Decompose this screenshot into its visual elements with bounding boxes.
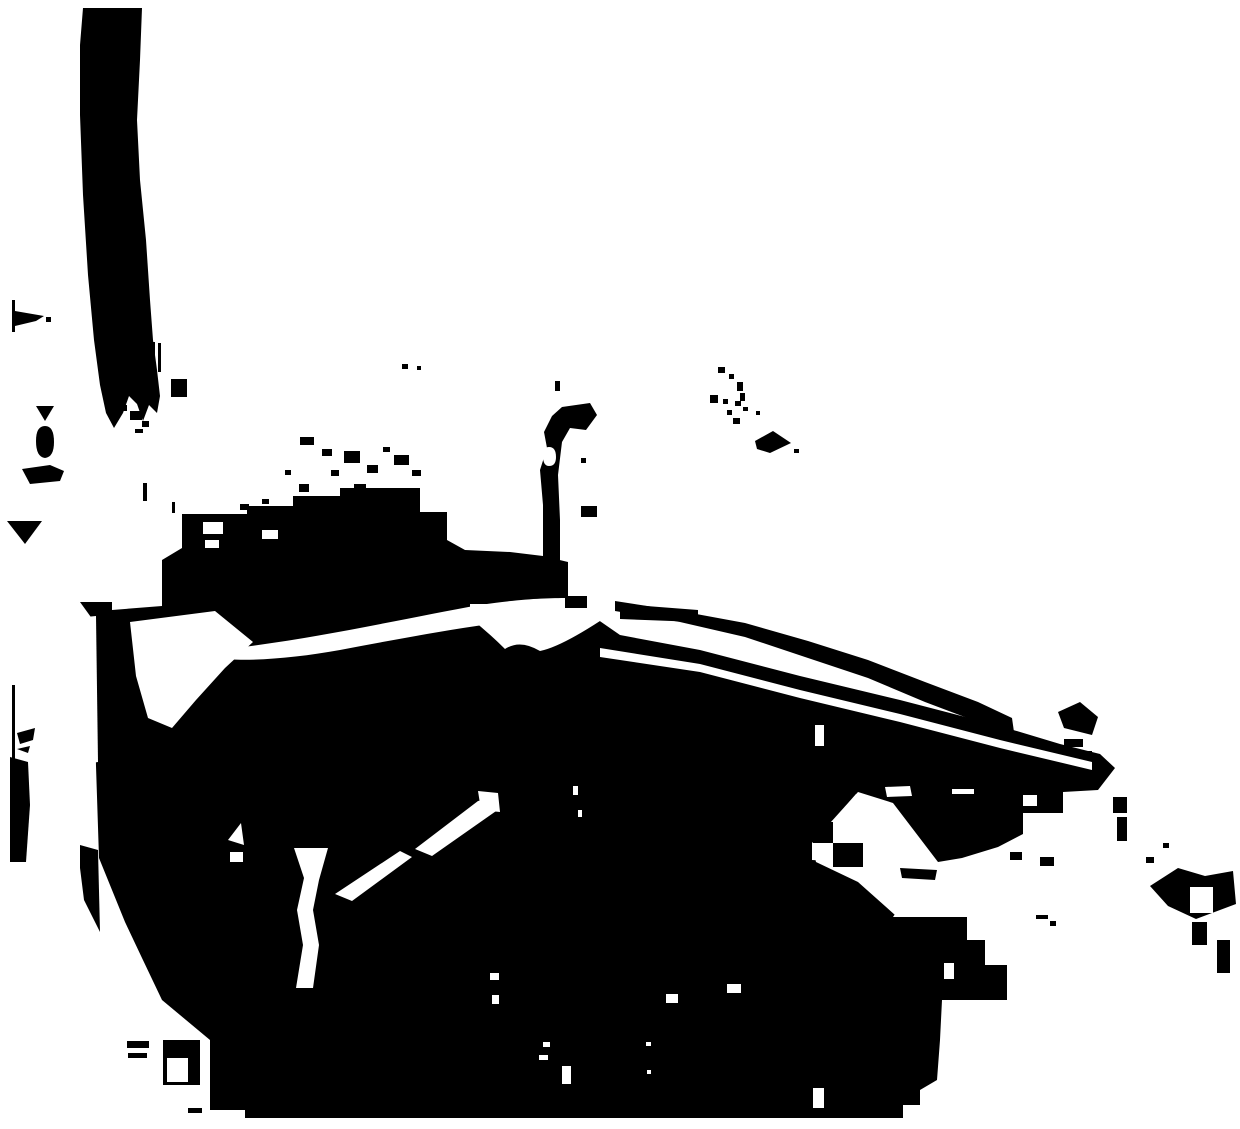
small-square <box>171 379 187 397</box>
stem-hole <box>543 447 556 466</box>
corner-block-hole <box>167 1058 188 1082</box>
figure-canvas <box>0 0 1240 1129</box>
oval-marker <box>36 426 54 458</box>
binarized-photo-figure <box>0 0 1240 1129</box>
bottom-margin <box>0 1120 1240 1129</box>
white-channel-left <box>55 616 98 768</box>
left-wedge <box>10 757 30 862</box>
